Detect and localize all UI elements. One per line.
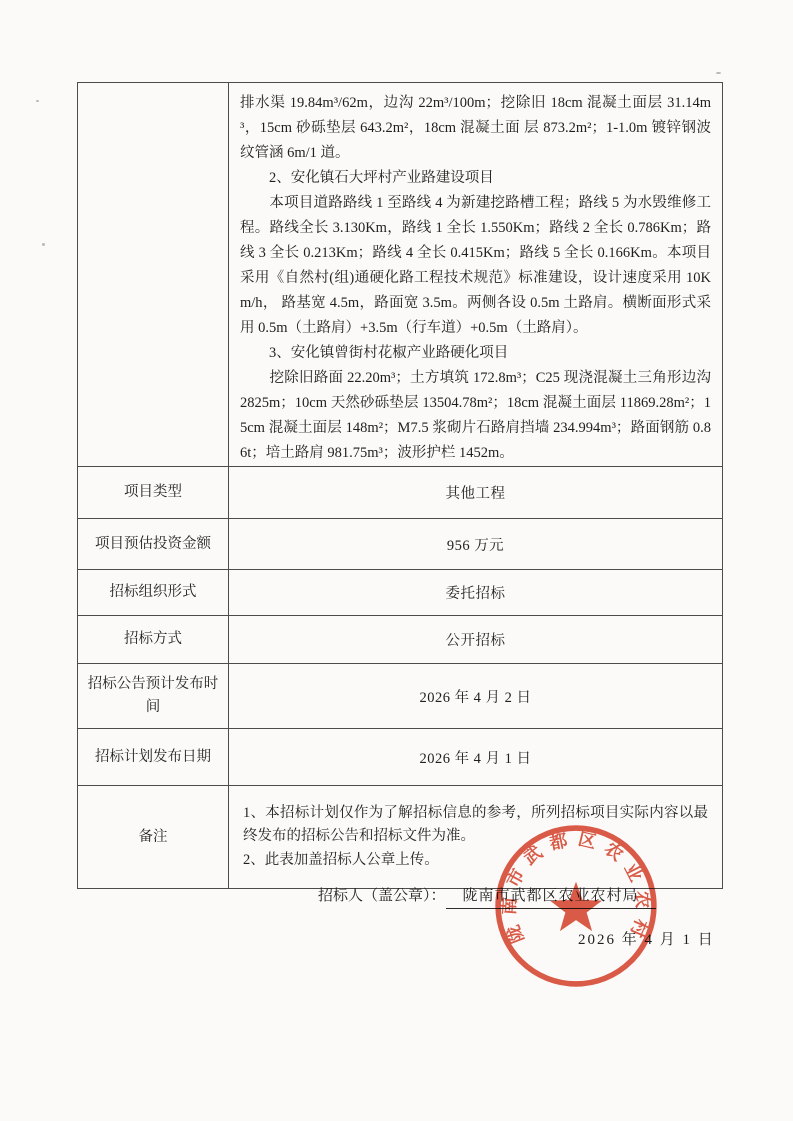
description-paragraph: 挖除旧路面 22.20m³；土方填筑 172.8m³；C25 现浇混凝土三角形边… <box>240 366 711 466</box>
signer-organization: 陇南市武都区农业农村局 <box>446 884 656 909</box>
table-row-plan-date: 招标计划发布日期 2026 年 4 月 1 日 <box>78 729 723 786</box>
table-row-project-type: 项目类型 其他工程 <box>78 467 723 519</box>
table-row-investment: 项目预估投资金额 956 万元 <box>78 519 723 570</box>
table-row-remark: 备注 1、本招标计划仅作为了解招标信息的参考，所列招标项目实际内容以最终发布的招… <box>78 786 723 889</box>
table-row-tender-method: 招标方式 公开招标 <box>78 616 723 664</box>
tender-method-value: 公开招标 <box>229 616 723 664</box>
investment-value: 956 万元 <box>229 519 723 570</box>
signature-date: 2026 年 4 月 1 日 <box>578 928 715 949</box>
organization-form-value: 委托招标 <box>229 570 723 616</box>
description-paragraph: 2、安化镇石大坪村产业路建设项目 <box>240 166 711 191</box>
document-page: 排水渠 19.84m³/62m，边沟 22m³/100m；挖除旧 18cm 混凝… <box>0 0 793 1121</box>
scan-speck <box>36 100 39 102</box>
remark-label: 备注 <box>78 786 229 889</box>
notice-date-value: 2026 年 4 月 2 日 <box>229 664 723 729</box>
tender-plan-table: 排水渠 19.84m³/62m，边沟 22m³/100m；挖除旧 18cm 混凝… <box>77 82 723 889</box>
investment-label: 项目预估投资金额 <box>78 519 229 570</box>
organization-form-label: 招标组织形式 <box>78 570 229 616</box>
plan-date-label: 招标计划发布日期 <box>78 729 229 786</box>
table-row-description: 排水渠 19.84m³/62m，边沟 22m³/100m；挖除旧 18cm 混凝… <box>78 83 723 467</box>
project-type-label: 项目类型 <box>78 467 229 519</box>
remark-paragraph: 1、本招标计划仅作为了解招标信息的参考，所列招标项目实际内容以最终发布的招标公告… <box>243 802 708 849</box>
notice-date-label: 招标公告预计发布时间 <box>78 664 229 729</box>
scan-speck <box>42 243 45 246</box>
tender-method-label: 招标方式 <box>78 616 229 664</box>
project-description-cell: 排水渠 19.84m³/62m，边沟 22m³/100m；挖除旧 18cm 混凝… <box>229 83 723 467</box>
signature-line: 招标人（盖公章）：陇南市武都区农业农村局 <box>318 884 656 909</box>
remark-paragraph: 2、此表加盖招标人公章上传。 <box>243 849 708 873</box>
plan-date-value: 2026 年 4 月 1 日 <box>229 729 723 786</box>
description-paragraph: 本项目道路路线 1 至路线 4 为新建挖路槽工程；路线 5 为水毁维修工程。路线… <box>240 191 711 341</box>
description-paragraph: 3、安化镇曾街村花椒产业路硬化项目 <box>240 341 711 366</box>
table-row-notice-date: 招标公告预计发布时间 2026 年 4 月 2 日 <box>78 664 723 729</box>
remark-value: 1、本招标计划仅作为了解招标信息的参考，所列招标项目实际内容以最终发布的招标公告… <box>229 786 723 889</box>
signer-label: 招标人（盖公章）： <box>318 888 446 904</box>
project-type-value: 其他工程 <box>229 467 723 519</box>
description-paragraph: 排水渠 19.84m³/62m，边沟 22m³/100m；挖除旧 18cm 混凝… <box>240 91 711 166</box>
table-row-organization-form: 招标组织形式 委托招标 <box>78 570 723 616</box>
description-label-cell <box>78 83 229 467</box>
scan-speck <box>716 72 721 74</box>
